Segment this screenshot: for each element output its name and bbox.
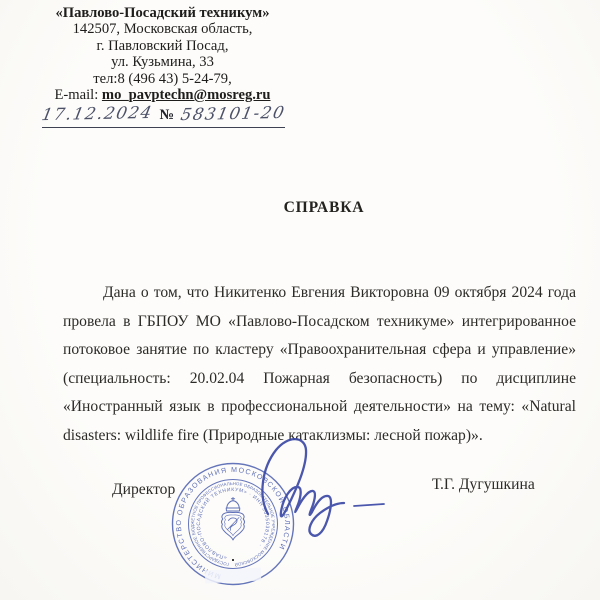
address-line-region: 142507, Московская область, [30, 21, 295, 37]
document-title: СПРАВКА [48, 199, 600, 217]
email-line: E-mail: mo_pavptechn@mosreg.ru [30, 87, 295, 103]
phone-line: тел:8 (496 43) 5-24-79, [30, 71, 295, 87]
scanned-certificate-page: «Павлово-Посадский техникум» 142507, Мос… [0, 0, 600, 600]
address-line-city: г. Павловский Посад, [30, 38, 295, 54]
number-sign: № [156, 107, 177, 123]
handwritten-number: 583101-20 [179, 105, 287, 124]
signer-name: Т.Г. Дугушкина [432, 476, 535, 494]
org-name: «Павлово-Посадский техникум» [30, 5, 295, 21]
body-line: Дана о том, что Никитенко Евгения Виктор… [63, 279, 576, 308]
letterhead: «Павлово-Посадский техникум» 142507, Мос… [30, 5, 295, 128]
body-line: «Иностранный язык в профессиональной дея… [63, 393, 576, 422]
email-value: mo_pavptechn@mosreg.ru [102, 87, 271, 103]
date-number-line: 17.12.2024 № 583101-20 [42, 106, 285, 128]
email-label: E-mail: [55, 87, 102, 103]
address-line-street: ул. Кузьмина, 33 [30, 54, 295, 70]
signature-autograph [240, 428, 400, 540]
body-line: провела в ГБПОУ МО «Павлово-Посадском те… [63, 308, 576, 337]
body-line: (специальность: 20.02.04 Пожарная безопа… [63, 365, 576, 394]
body-line: потоковое занятие по кластеру «Правоохра… [63, 336, 576, 365]
body-paragraph: Дана о том, что Никитенко Евгения Виктор… [63, 279, 576, 451]
handwritten-date: 17.12.2024 [41, 105, 155, 124]
